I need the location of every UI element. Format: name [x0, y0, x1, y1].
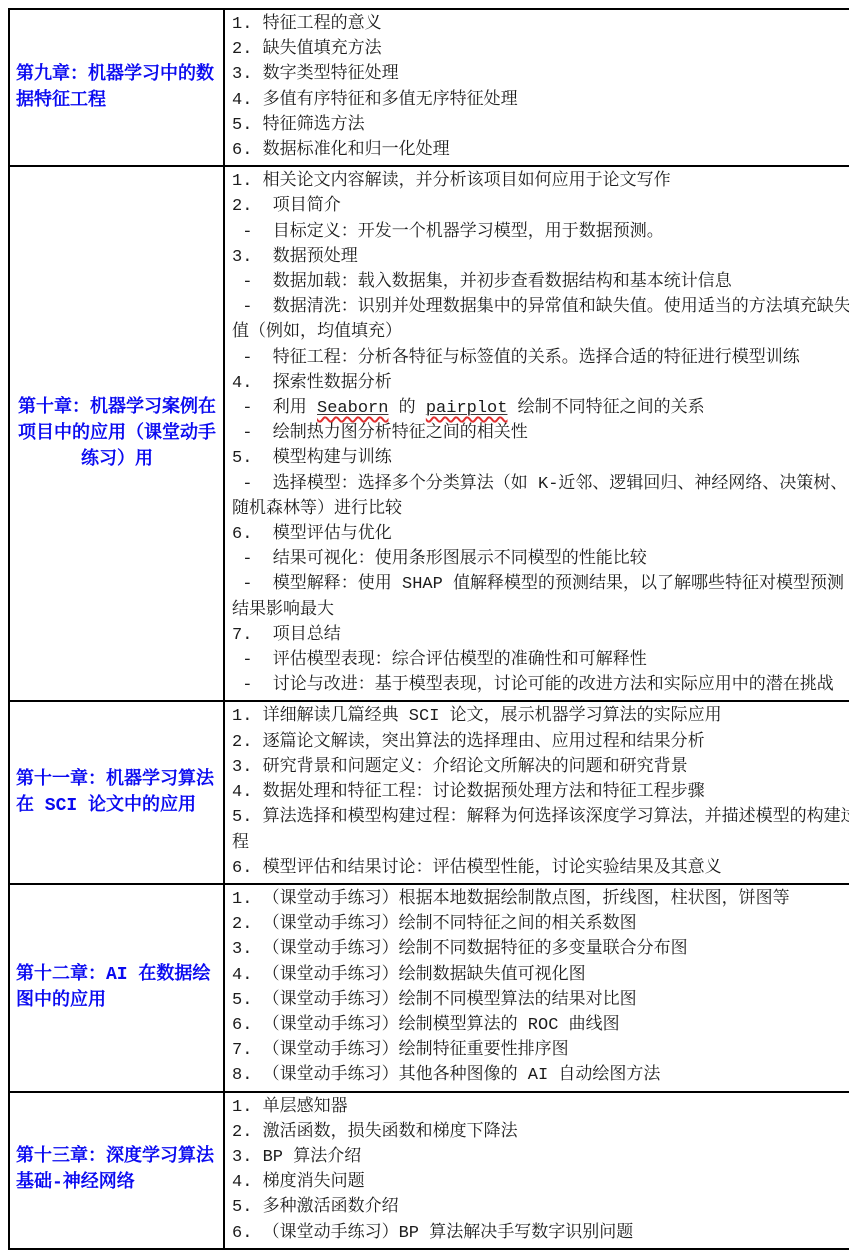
topic-item: 3. 数字类型特征处理	[232, 62, 849, 87]
topic-item: 4. （课堂动手练习）绘制数据缺失值可视化图	[232, 963, 849, 988]
topic-item: 3. （课堂动手练习）绘制不同数据特征的多变量联合分布图	[232, 937, 849, 962]
chapter-title: 第十一章：机器学习算法在 SCI 论文中的应用	[16, 767, 218, 819]
chapter-title-cell: 第十章：机器学习案例在项目中的应用（课堂动手练习）用	[9, 166, 224, 701]
topic-item: 1. 详细解读几篇经典 SCI 论文，展示机器学习算法的实际应用	[232, 704, 849, 729]
topic-item: 2. 逐篇论文解读，突出算法的选择理由、应用过程和结果分析	[232, 730, 849, 755]
chapter-title: 第十章：机器学习案例在项目中的应用（课堂动手练习）用	[16, 395, 218, 473]
topic-item: 3. BP 算法介绍	[232, 1145, 849, 1170]
topic-item: 1. 特征工程的意义	[232, 12, 849, 37]
topic-item: - 讨论与改进：基于模型表现，讨论可能的改进方法和实际应用中的潜在挑战	[232, 673, 849, 698]
topic-item: 4. 探索性数据分析	[232, 371, 849, 396]
topic-item: 4. 梯度消失问题	[232, 1170, 849, 1195]
chapter-title-cell: 第十一章：机器学习算法在 SCI 论文中的应用	[9, 701, 224, 883]
topic-item: - 特征工程：分析各特征与标签值的关系。选择合适的特征进行模型训练	[232, 346, 849, 371]
chapter-title-cell: 第九章：机器学习中的数据特征工程	[9, 9, 224, 166]
topic-item: - 选择模型：选择多个分类算法（如 K-近邻、逻辑回归、神经网络、决策树、随机森…	[232, 472, 849, 522]
topic-item: 2. 缺失值填充方法	[232, 37, 849, 62]
topics-cell: 1. 相关论文内容解读，并分析该项目如何应用于论文写作2. 项目简介 - 目标定…	[224, 166, 849, 701]
topic-item: - 数据清洗：识别并处理数据集中的异常值和缺失值。使用适当的方法填充缺失值（例如…	[232, 295, 849, 345]
topics-cell: 1. 单层感知器2. 激活函数，损失函数和梯度下降法3. BP 算法介绍4. 梯…	[224, 1092, 849, 1249]
topic-item: 1. 相关论文内容解读，并分析该项目如何应用于论文写作	[232, 169, 849, 194]
topic-item: 2. 项目简介	[232, 194, 849, 219]
topic-item: 1. （课堂动手练习）根据本地数据绘制散点图，折线图，柱状图，饼图等	[232, 887, 849, 912]
topic-item: 6. （课堂动手练习）BP 算法解决手写数字识别问题	[232, 1221, 849, 1246]
table-row: 第十二章：AI 在数据绘图中的应用 1. （课堂动手练习）根据本地数据绘制散点图…	[9, 884, 849, 1092]
spellcheck-underline: pairplot	[426, 399, 508, 418]
topic-item: - 绘制热力图分析特征之间的相关性	[232, 421, 849, 446]
chapter-title-cell: 第十三章：深度学习算法基础-神经网络	[9, 1092, 224, 1249]
spellcheck-underline: Seaborn	[317, 399, 388, 418]
table-row: 第十三章：深度学习算法基础-神经网络 1. 单层感知器2. 激活函数，损失函数和…	[9, 1092, 849, 1249]
topic-item: - 数据加载：载入数据集，并初步查看数据结构和基本统计信息	[232, 270, 849, 295]
topic-item: 2. （课堂动手练习）绘制不同特征之间的相关系数图	[232, 912, 849, 937]
topics-cell: 1. （课堂动手练习）根据本地数据绘制散点图，折线图，柱状图，饼图等2. （课堂…	[224, 884, 849, 1092]
topic-item: 1. 单层感知器	[232, 1095, 849, 1120]
topic-item: 6. （课堂动手练习）绘制模型算法的 ROC 曲线图	[232, 1013, 849, 1038]
topic-item: 6. 模型评估和结果讨论：评估模型性能，讨论实验结果及其意义	[232, 856, 849, 881]
topic-item: 6. 模型评估与优化	[232, 522, 849, 547]
topic-item: - 目标定义：开发一个机器学习模型，用于数据预测。	[232, 220, 849, 245]
chapter-title: 第十三章：深度学习算法基础-神经网络	[16, 1144, 218, 1196]
course-syllabus-table: 第九章：机器学习中的数据特征工程 1. 特征工程的意义2. 缺失值填充方法3. …	[8, 8, 849, 1250]
topic-item: 5. 特征筛选方法	[232, 113, 849, 138]
table-body: 第九章：机器学习中的数据特征工程 1. 特征工程的意义2. 缺失值填充方法3. …	[9, 9, 849, 1249]
topic-item: - 模型解释：使用 SHAP 值解释模型的预测结果，以了解哪些特征对模型预测结果…	[232, 572, 849, 622]
topic-item: 7. （课堂动手练习）绘制特征重要性排序图	[232, 1038, 849, 1063]
topics-cell: 1. 特征工程的意义2. 缺失值填充方法3. 数字类型特征处理4. 多值有序特征…	[224, 9, 849, 166]
topics-cell: 1. 详细解读几篇经典 SCI 论文，展示机器学习算法的实际应用2. 逐篇论文解…	[224, 701, 849, 883]
chapter-title-cell: 第十二章：AI 在数据绘图中的应用	[9, 884, 224, 1092]
topic-item: 5. 算法选择和模型构建过程：解释为何选择该深度学习算法，并描述模型的构建过程	[232, 805, 849, 855]
chapter-title: 第十二章：AI 在数据绘图中的应用	[16, 962, 218, 1014]
chapter-title: 第九章：机器学习中的数据特征工程	[16, 62, 218, 114]
topic-item: 8. （课堂动手练习）其他各种图像的 AI 自动绘图方法	[232, 1063, 849, 1088]
table-row: 第十章：机器学习案例在项目中的应用（课堂动手练习）用 1. 相关论文内容解读，并…	[9, 166, 849, 701]
topic-item: 5. （课堂动手练习）绘制不同模型算法的结果对比图	[232, 988, 849, 1013]
topic-item: 6. 数据标准化和归一化处理	[232, 138, 849, 163]
topic-item: 3. 研究背景和问题定义：介绍论文所解决的问题和研究背景	[232, 755, 849, 780]
topic-item: 4. 数据处理和特征工程：讨论数据预处理方法和特征工程步骤	[232, 780, 849, 805]
table-row: 第十一章：机器学习算法在 SCI 论文中的应用 1. 详细解读几篇经典 SCI …	[9, 701, 849, 883]
topic-item: 5. 多种激活函数介绍	[232, 1195, 849, 1220]
topic-item: 2. 激活函数，损失函数和梯度下降法	[232, 1120, 849, 1145]
topic-item: 4. 多值有序特征和多值无序特征处理	[232, 88, 849, 113]
table-row: 第九章：机器学习中的数据特征工程 1. 特征工程的意义2. 缺失值填充方法3. …	[9, 9, 849, 166]
topic-item: 7. 项目总结	[232, 623, 849, 648]
topic-item: 3. 数据预处理	[232, 245, 849, 270]
topic-item: - 利用 Seaborn 的 pairplot 绘制不同特征之间的关系	[232, 396, 849, 421]
topic-item: - 结果可视化：使用条形图展示不同模型的性能比较	[232, 547, 849, 572]
topic-item: 5. 模型构建与训练	[232, 446, 849, 471]
syllabus-page: 第九章：机器学习中的数据特征工程 1. 特征工程的意义2. 缺失值填充方法3. …	[0, 0, 849, 1213]
topic-item: - 评估模型表现：综合评估模型的准确性和可解释性	[232, 648, 849, 673]
